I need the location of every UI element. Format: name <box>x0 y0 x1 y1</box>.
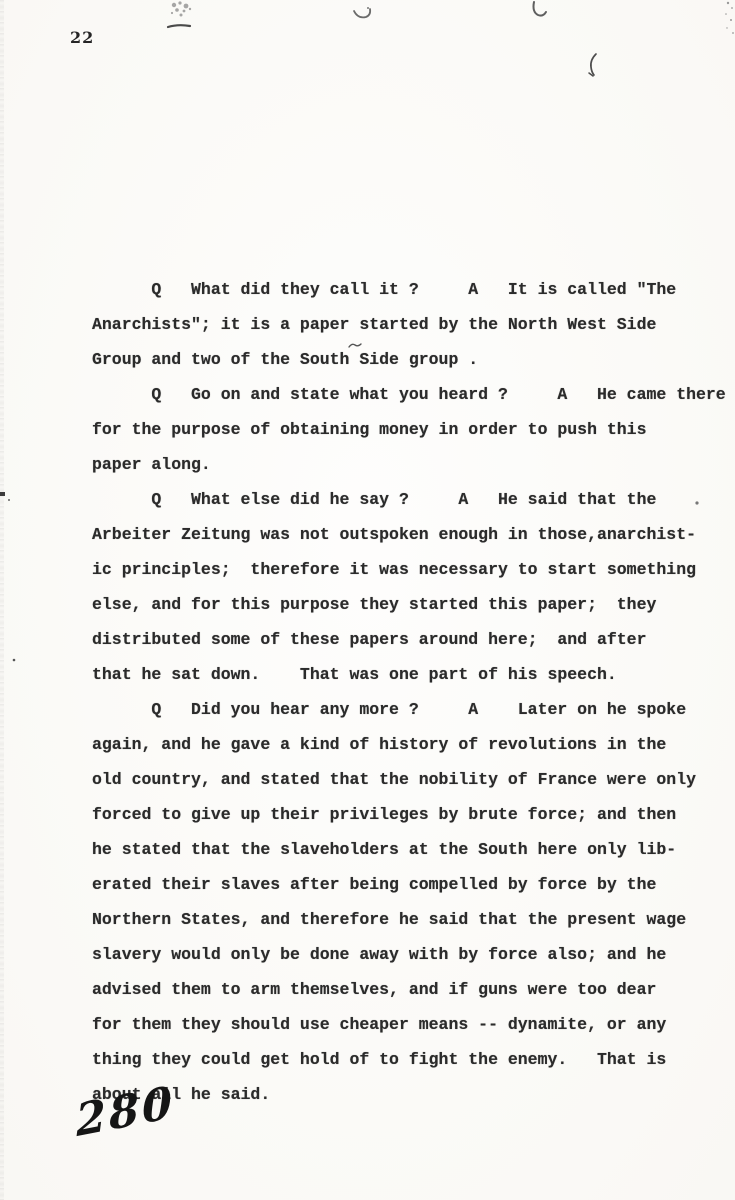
typed-line: for the purpose of obtaining money in or… <box>92 412 732 447</box>
edge-speckles-icon <box>718 0 735 36</box>
typed-line: Arbeiter Zeitung was not outspoken enoug… <box>92 517 732 552</box>
typed-line: paper along. <box>92 447 732 482</box>
handwritten-page-stamp: 280 <box>75 1077 177 1148</box>
scan-edge-strip <box>0 0 4 1200</box>
typed-line: Q What else did he say ? A He said that … <box>92 482 732 517</box>
typed-line: Q What did they call it ? A It is called… <box>92 272 732 307</box>
typed-line: Q Go on and state what you heard ? A He … <box>92 377 732 412</box>
ink-hook-icon <box>528 0 550 20</box>
typed-line: about all he said. <box>92 1077 732 1112</box>
typed-line: ic principles; therefore it was necessar… <box>92 552 732 587</box>
typed-line: erated their slaves after being compelle… <box>92 867 732 902</box>
typed-line: he stated that the slaveholders at the S… <box>92 832 732 867</box>
typed-line: Northern States, and therefore he said t… <box>92 902 732 937</box>
typed-line: else, and for this purpose they started … <box>92 587 732 622</box>
transcript-text: Q What did they call it ? A It is called… <box>92 272 732 1112</box>
typed-line: old country, and stated that the nobilit… <box>92 762 732 797</box>
typed-line: advised them to arm themselves, and if g… <box>92 972 732 1007</box>
stray-dot-icon <box>10 656 18 664</box>
typed-line: that he sat down. That was one part of h… <box>92 657 732 692</box>
typed-line: thing they could get hold of to fight th… <box>92 1042 732 1077</box>
page-number: 22 <box>70 28 94 47</box>
typed-line: forced to give up their privileges by br… <box>92 797 732 832</box>
typed-line: again, and he gave a kind of history of … <box>92 727 732 762</box>
edge-nick-icon <box>0 490 18 504</box>
typed-line: distributed some of these papers around … <box>92 622 732 657</box>
typed-line: Q Did you hear any more ? A Later on he … <box>92 692 732 727</box>
ink-squiggle-icon <box>586 52 600 78</box>
typed-line: Group and two of the South Side group . <box>92 342 732 377</box>
ink-curl-icon <box>350 5 374 25</box>
typed-line: for them they should use cheaper means -… <box>92 1007 732 1042</box>
typed-line: slavery would only be done away with by … <box>92 937 732 972</box>
ink-smudge-icon <box>160 0 205 34</box>
typed-line: Anarchists"; it is a paper started by th… <box>92 307 732 342</box>
document-page: 22 <box>0 0 735 1200</box>
